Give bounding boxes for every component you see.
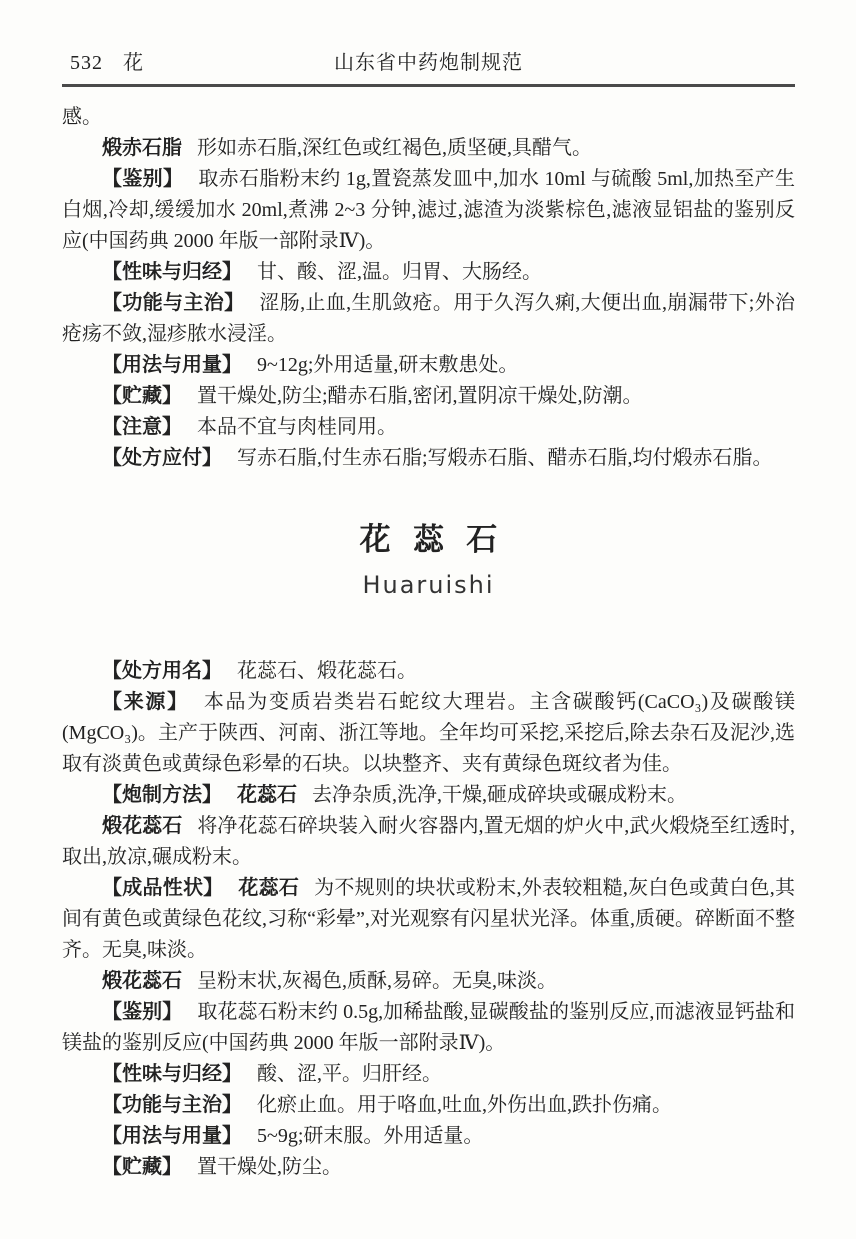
section-heading: 【成品性状】 (102, 877, 223, 899)
section-heading: 【功能与主治】 (102, 292, 244, 314)
book-title: 山东省中药炮制规范 (62, 50, 795, 76)
para-chufang-yongming: 【处方用名】花蕊石、煅花蕊石。 (62, 656, 795, 687)
para-xingwei: 【性味与归经】甘、酸、涩,温。归胃、大肠经。 (62, 257, 795, 288)
section-heading: 【用法与用量】 (102, 1125, 242, 1147)
para-gongneng: 【功能与主治】化瘀止血。用于咯血,吐血,外伤出血,跌扑伤痛。 (62, 1090, 795, 1121)
para-text: 置干燥处,防尘;醋赤石脂,密闭,置阴凉干燥处,防潮。 (197, 385, 643, 407)
section-heading: 【鉴别】 (102, 1001, 182, 1023)
para-text: 置干燥处,防尘。 (197, 1156, 342, 1178)
section-heading: 【用法与用量】 (102, 354, 242, 376)
sub-item-name: 花蕊石 (237, 784, 297, 806)
entry-title: 花蕊石 (62, 520, 795, 560)
section-heading: 【功能与主治】 (102, 1094, 242, 1116)
para-continuation: 感。 (62, 102, 795, 133)
para-zhuyi: 【注意】本品不宜与肉桂同用。 (62, 412, 795, 443)
para-text: 形如赤石脂,深红色或红褐色,质坚硬,具醋气。 (197, 137, 592, 159)
para-text: 化瘀止血。用于咯血,吐血,外伤出血,跌扑伤痛。 (257, 1094, 672, 1116)
para-duan-huaruishi-character: 煅花蕊石呈粉末状,灰褐色,质酥,易碎。无臭,味淡。 (62, 966, 795, 997)
para-text: 花蕊石、煅花蕊石。 (237, 660, 417, 682)
page-body: 感。 煅赤石脂形如赤石脂,深红色或红褐色,质坚硬,具醋气。 【鉴别】取赤石脂粉末… (62, 102, 795, 1183)
para-gongneng: 【功能与主治】涩肠,止血,生肌敛疮。用于久泻久痢,大便出血,崩漏带下;外治疮疡不… (62, 288, 795, 350)
para-zhucang: 【贮藏】置干燥处,防尘。 (62, 1152, 795, 1183)
entry-huaruishi: 花蕊石 Huaruishi 【处方用名】花蕊石、煅花蕊石。 【来源】本品为变质岩… (62, 520, 795, 1183)
sub-item-name: 煅花蕊石 (102, 970, 182, 992)
sub-item-name: 煅花蕊石 (102, 815, 182, 837)
page-header: 532 花 山东省中药炮制规范 (62, 50, 795, 76)
para-jianbie: 【鉴别】取花蕊石粉末约 0.5g,加稀盐酸,显碳酸盐的鉴别反应,而滤液显钙盐和镁… (62, 997, 795, 1059)
article-chishizhi-continued: 感。 煅赤石脂形如赤石脂,深红色或红褐色,质坚硬,具醋气。 【鉴别】取赤石脂粉末… (62, 102, 795, 474)
para-paozhi-fangfa: 【炮制方法】花蕊石去净杂质,洗净,干燥,砸成碎块或碾成粉末。 (62, 780, 795, 811)
section-heading: 【来源】 (102, 691, 189, 713)
para-duan-huaruishi-method: 煅花蕊石将净花蕊石碎块装入耐火容器内,置无烟的炉火中,武火煅烧至红透时,取出,放… (62, 811, 795, 873)
para-text: 9~12g;外用适量,研末敷患处。 (257, 354, 518, 376)
section-heading: 【处方用名】 (102, 660, 222, 682)
para-text: 甘、酸、涩,温。归胃、大肠经。 (257, 261, 542, 283)
para-text: 写赤石脂,付生赤石脂;写煅赤石脂、醋赤石脂,均付煅赤石脂。 (237, 447, 773, 469)
book-page: 532 花 山东省中药炮制规范 感。 煅赤石脂形如赤石脂,深红色或红褐色,质坚硬… (0, 0, 856, 1239)
entry-body: 【处方用名】花蕊石、煅花蕊石。 【来源】本品为变质岩类岩石蛇纹大理岩。主含碳酸钙… (62, 656, 795, 1183)
entry-pinyin: Huaruishi (62, 570, 795, 600)
section-heading: 【贮藏】 (102, 1156, 182, 1178)
header-rule (62, 84, 795, 87)
para-duan-chishizhi: 煅赤石脂形如赤石脂,深红色或红褐色,质坚硬,具醋气。 (62, 133, 795, 164)
section-heading: 【鉴别】 (102, 168, 183, 190)
section-heading: 【性味与归经】 (102, 1063, 242, 1085)
para-text: 本品不宜与肉桂同用。 (197, 416, 397, 438)
para-yongfa: 【用法与用量】5~9g;研末服。外用适量。 (62, 1121, 795, 1152)
section-heading: 【贮藏】 (102, 385, 182, 407)
section-heading: 【注意】 (102, 416, 182, 438)
para-text: 呈粉末状,灰褐色,质酥,易碎。无臭,味淡。 (197, 970, 557, 992)
sub-item-name: 煅赤石脂 (102, 137, 182, 159)
section-heading: 【性味与归经】 (102, 261, 242, 283)
para-laiyuan: 【来源】本品为变质岩类岩石蛇纹大理岩。主含碳酸钙(CaCO₃)及碳酸镁(MgCO… (62, 687, 795, 780)
para-yongfa: 【用法与用量】9~12g;外用适量,研末敷患处。 (62, 350, 795, 381)
section-heading: 【炮制方法】 (102, 784, 222, 806)
para-chengpin-xingzhuang: 【成品性状】花蕊石为不规则的块状或粉末,外表较粗糙,灰白色或黄白色,其间有黄色或… (62, 873, 795, 966)
para-zhucang: 【贮藏】置干燥处,防尘;醋赤石脂,密闭,置阴凉干燥处,防潮。 (62, 381, 795, 412)
para-xingwei: 【性味与归经】酸、涩,平。归肝经。 (62, 1059, 795, 1090)
para-text: 去净杂质,洗净,干燥,砸成碎块或碾成粉末。 (312, 784, 687, 806)
sub-item-name: 花蕊石 (238, 877, 299, 899)
section-heading: 【处方应付】 (102, 447, 222, 469)
para-jianbie: 【鉴别】取赤石脂粉末约 1g,置瓷蒸发皿中,加水 10ml 与硫酸 5ml,加热… (62, 164, 795, 257)
para-text: 5~9g;研末服。外用适量。 (257, 1125, 483, 1147)
para-text: 感。 (62, 106, 102, 128)
para-chufang-yingfu: 【处方应付】写赤石脂,付生赤石脂;写煅赤石脂、醋赤石脂,均付煅赤石脂。 (62, 443, 795, 474)
para-text: 酸、涩,平。归肝经。 (257, 1063, 442, 1085)
